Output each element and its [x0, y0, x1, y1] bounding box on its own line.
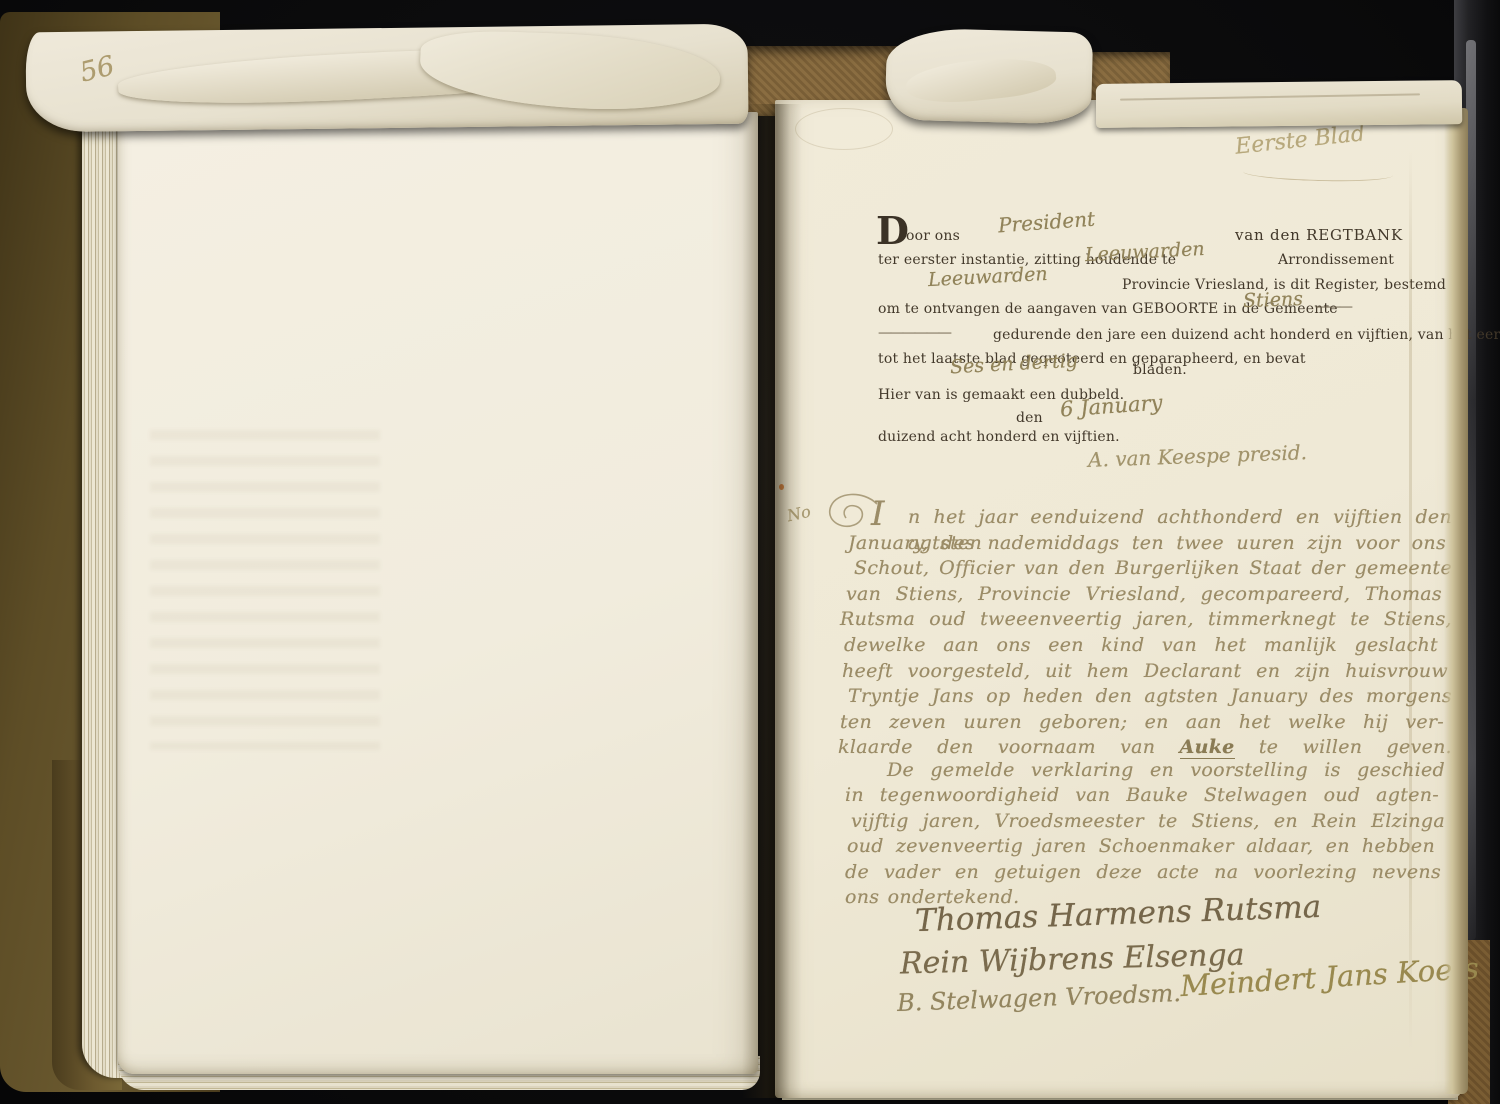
form-line5-print: gedurende den jare een duizend acht hond…: [993, 327, 1500, 343]
act-line: Rutsma oud tweeenveertig jaren, timmerkn…: [840, 607, 1452, 633]
act-line: De gemelde verklaring en voorstelling is…: [887, 758, 1445, 783]
act-paragraph-2: De gemelde verklaring en voorstelling is…: [845, 758, 1445, 910]
header-annotation: Eerste Blad: [1234, 121, 1366, 159]
president-signature: A. van Keespe presid.: [1088, 440, 1308, 472]
blind-stamp: [795, 108, 893, 150]
form-line4-rule: ———: [1315, 299, 1351, 315]
form-line4-fill-stiens: Stiens: [1243, 288, 1304, 312]
act-line: oud zevenveertig jaren Schoenmaker aldaa…: [847, 834, 1435, 859]
form-line2-fill-leeuwarden: Leeuwarden: [1085, 238, 1206, 266]
form-line1-fill-president: President: [997, 207, 1096, 238]
act-line: heeft voorgesteld, uit hem Declarant en …: [842, 659, 1448, 685]
act-line: January, des nademiddags ten twee uuren …: [848, 531, 1446, 557]
form-line6-print: tot het laatste blad gequoteerd en gepar…: [878, 351, 1306, 367]
act-line: Schout, Officier van den Burgerlijken St…: [854, 556, 1452, 582]
act-name-line-post: te willen geven.: [1259, 736, 1452, 758]
signature-witness-2: B. Stelwagen Vroedsm.: [897, 979, 1182, 1017]
header-annotation-flourish: [1243, 163, 1393, 183]
form-line7-print: bladen.: [1133, 362, 1187, 378]
folded-page-top-right: [1096, 80, 1462, 128]
book-scan: Eerste Blad D oor ons President van den …: [0, 0, 1500, 1104]
gutter-shadow: [742, 104, 802, 1098]
act-paragraph-1: n het jaar eenduizend achthonderd en vij…: [838, 505, 1452, 761]
page-fold-crease: [1409, 150, 1412, 1050]
act-line: vijftig jaren, Vroedsmeester te Stiens, …: [851, 809, 1445, 834]
act-line: ten zeven uuren geboren; en aan het welk…: [840, 710, 1444, 736]
left-page-showthrough: [150, 430, 380, 750]
right-page-deckle-edge: [1444, 108, 1468, 1094]
form-line5-rule: ——————: [878, 325, 950, 341]
act-line: de vader en getuigen deze acte na voorle…: [845, 860, 1441, 885]
act-name-line-pre: klaarde den voornaam van: [838, 736, 1155, 758]
form-ornate-initial: D: [876, 216, 909, 246]
form-line10-print: duizend acht honderd en vijftien.: [878, 429, 1120, 445]
form-line1-print-b: van den REGTBANK: [1235, 226, 1403, 244]
act-line: dewelke aan ons een kind van het manlijk…: [844, 633, 1438, 659]
act-line: Tryntje Jans op heden den agtsten Januar…: [848, 684, 1452, 710]
form-line2-print-b: Arrondissement: [1278, 252, 1394, 268]
act-line: in tegenwoordigheid van Bauke Stelwagen …: [845, 783, 1439, 808]
act-line: van Stiens, Provincie Vriesland, gecompa…: [846, 582, 1442, 608]
form-line1-print-a: oor ons: [906, 228, 960, 244]
act-line: n het jaar eenduizend achthonderd en vij…: [908, 505, 1452, 531]
form-line9-print: den: [1016, 410, 1043, 426]
child-name: Auke: [1180, 736, 1235, 759]
right-page: Eerste Blad D oor ons President van den …: [775, 100, 1461, 1098]
